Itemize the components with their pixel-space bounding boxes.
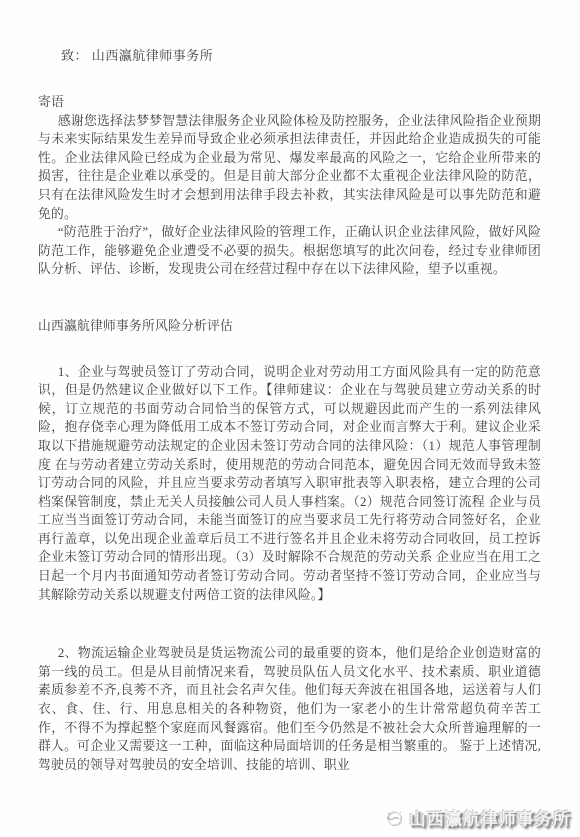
assessment-paragraph-2: 2、物流运输企业驾驶员是货运物流公司的最重要的资本，他们是给企业创造财富的第一线… xyxy=(38,644,541,774)
preface-paragraph-1: 感谢您选择法梦梦智慧法律服务企业风险体检及防控服务，企业法律风险指企业预期与未来… xyxy=(38,112,541,224)
footer-brand-text: 山西瀛航律师事务所 xyxy=(409,805,571,830)
recipient-line: 致： 山西瀛航律师事务所 xyxy=(61,45,213,64)
assessment-title: 山西瀛航律师事务所风险分析评估 xyxy=(38,317,541,336)
lawfirm-footer: 山西瀛航律师事务所 xyxy=(384,805,571,830)
lawfirm-emblem-icon xyxy=(384,808,404,828)
preface-paragraph-2: “防范胜于治疗”，做好企业法律风险的管理工作，正确认识企业法律风险，做好风险防范… xyxy=(38,223,541,279)
document-page: 致： 山西瀛航律师事务所 寄语 感谢您选择法梦梦智慧法律服务企业风险体检及防控服… xyxy=(0,0,580,837)
document-body: 寄语 感谢您选择法梦梦智慧法律服务企业风险体检及防控服务，企业法律风险指企业预期… xyxy=(38,93,541,774)
assessment-paragraph-1: 1、企业与驾驶员签订了劳动合同，说明企业对劳动用工方面风险具有一定的防范意识，但… xyxy=(38,363,541,605)
preface-title: 寄语 xyxy=(38,93,541,112)
